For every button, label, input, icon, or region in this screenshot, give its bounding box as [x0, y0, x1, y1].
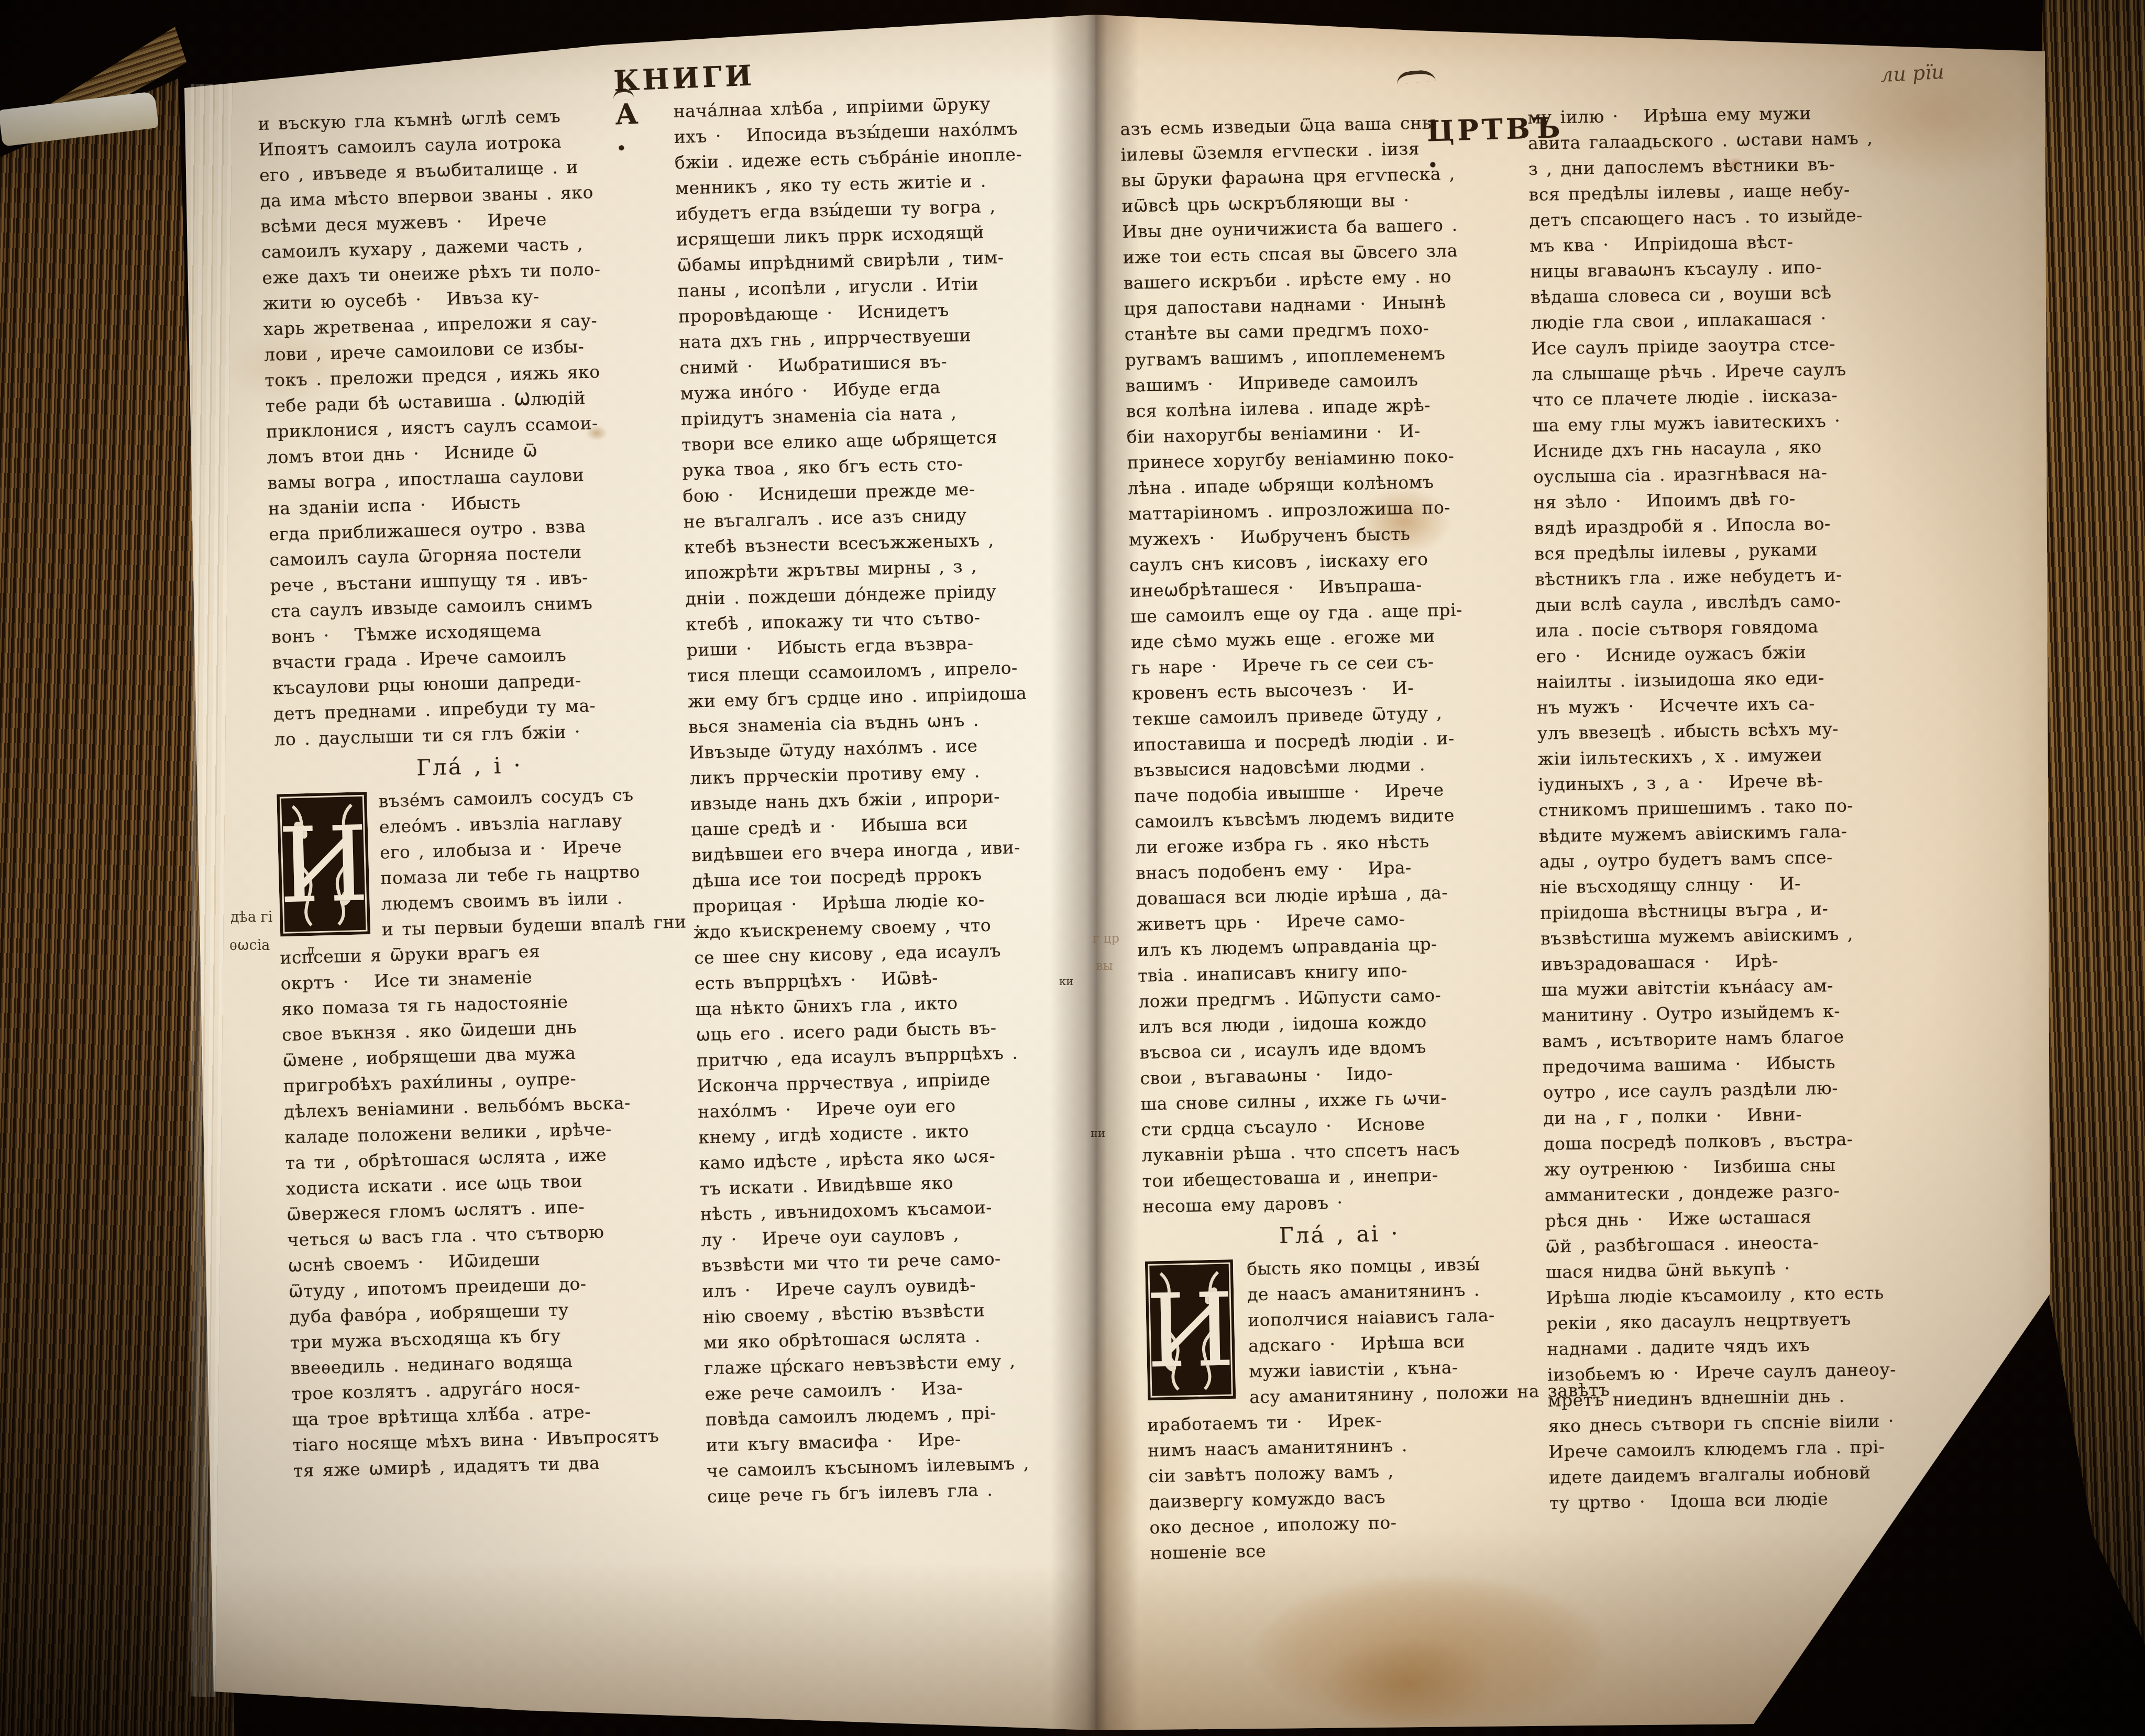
drop-cap-letter: И	[277, 803, 370, 926]
woodcut-drop-cap: И	[277, 792, 370, 936]
left-page-column-1: и въскую гла къмнѣ ѡглѣ семъИпоятъ самои…	[258, 101, 682, 1484]
gutter-gloss-2: вы	[1096, 958, 1113, 973]
right-page-column-1: азъ есмь изведыи ѿца ваша сныіилевы ѿзем…	[1120, 108, 1542, 1566]
running-head-left-word: КНИГИ	[613, 58, 755, 97]
margin-cross-reference-2: ѳѡсіа	[229, 937, 270, 954]
gutter-gloss-3: ни	[1091, 1127, 1105, 1140]
text-block: азъ есмь изведыи ѿца ваша сныіилевы ѿзем…	[1120, 108, 1535, 1219]
chapter-11-opening: И бысть яко помцы , ивзы́де наасъ аманит…	[1144, 1250, 1539, 1412]
text-block: и въскую гла къмнѣ ѡглѣ семъИпоятъ самои…	[258, 101, 663, 753]
margin-cross-reference-1: дѣа гі	[230, 909, 272, 925]
woodcut-drop-cap: И	[1145, 1259, 1236, 1400]
text-block: начáлнаа хлѣба , ипріими ѿрукуихъ · Ипос…	[673, 89, 1102, 1510]
chapter-10-opening: И възе́мъ самоилъ сосудъ съелео́мъ . ивъ…	[276, 781, 668, 945]
text-block: бысть яко помцы , ивзы́де наасъ аманитян…	[1247, 1250, 1539, 1410]
text-block: испсеши я ѿруки врагъ еяокртъ · Исе ти з…	[280, 935, 683, 1484]
text-block: възе́мъ самоилъ сосудъ съелео́мъ . ивъзл…	[378, 781, 668, 942]
drop-cap-letter: И	[1145, 1270, 1236, 1390]
handwritten-foliation-note: ли рїи	[1880, 60, 1945, 86]
text-block: иработаемъ ти · Ирек-нимъ наасъ аманитян…	[1147, 1404, 1542, 1566]
right-page-column-2: му іилю · Ирѣша ему мужиавита галаадьско…	[1527, 98, 1948, 1516]
open-book-photo: КНИГИ А · ЦРТВЪ · ли рїи дѣа гі ѳѡсіа д …	[0, 0, 2145, 1736]
left-page-column-2: начáлнаа хлѣба , ипріими ѿрукуихъ · Ипос…	[673, 89, 1102, 1510]
text-block: му іилю · Ирѣша ему мужиавита галаадьско…	[1527, 98, 1948, 1516]
gutter-gloss-1: г цр	[1093, 931, 1119, 946]
